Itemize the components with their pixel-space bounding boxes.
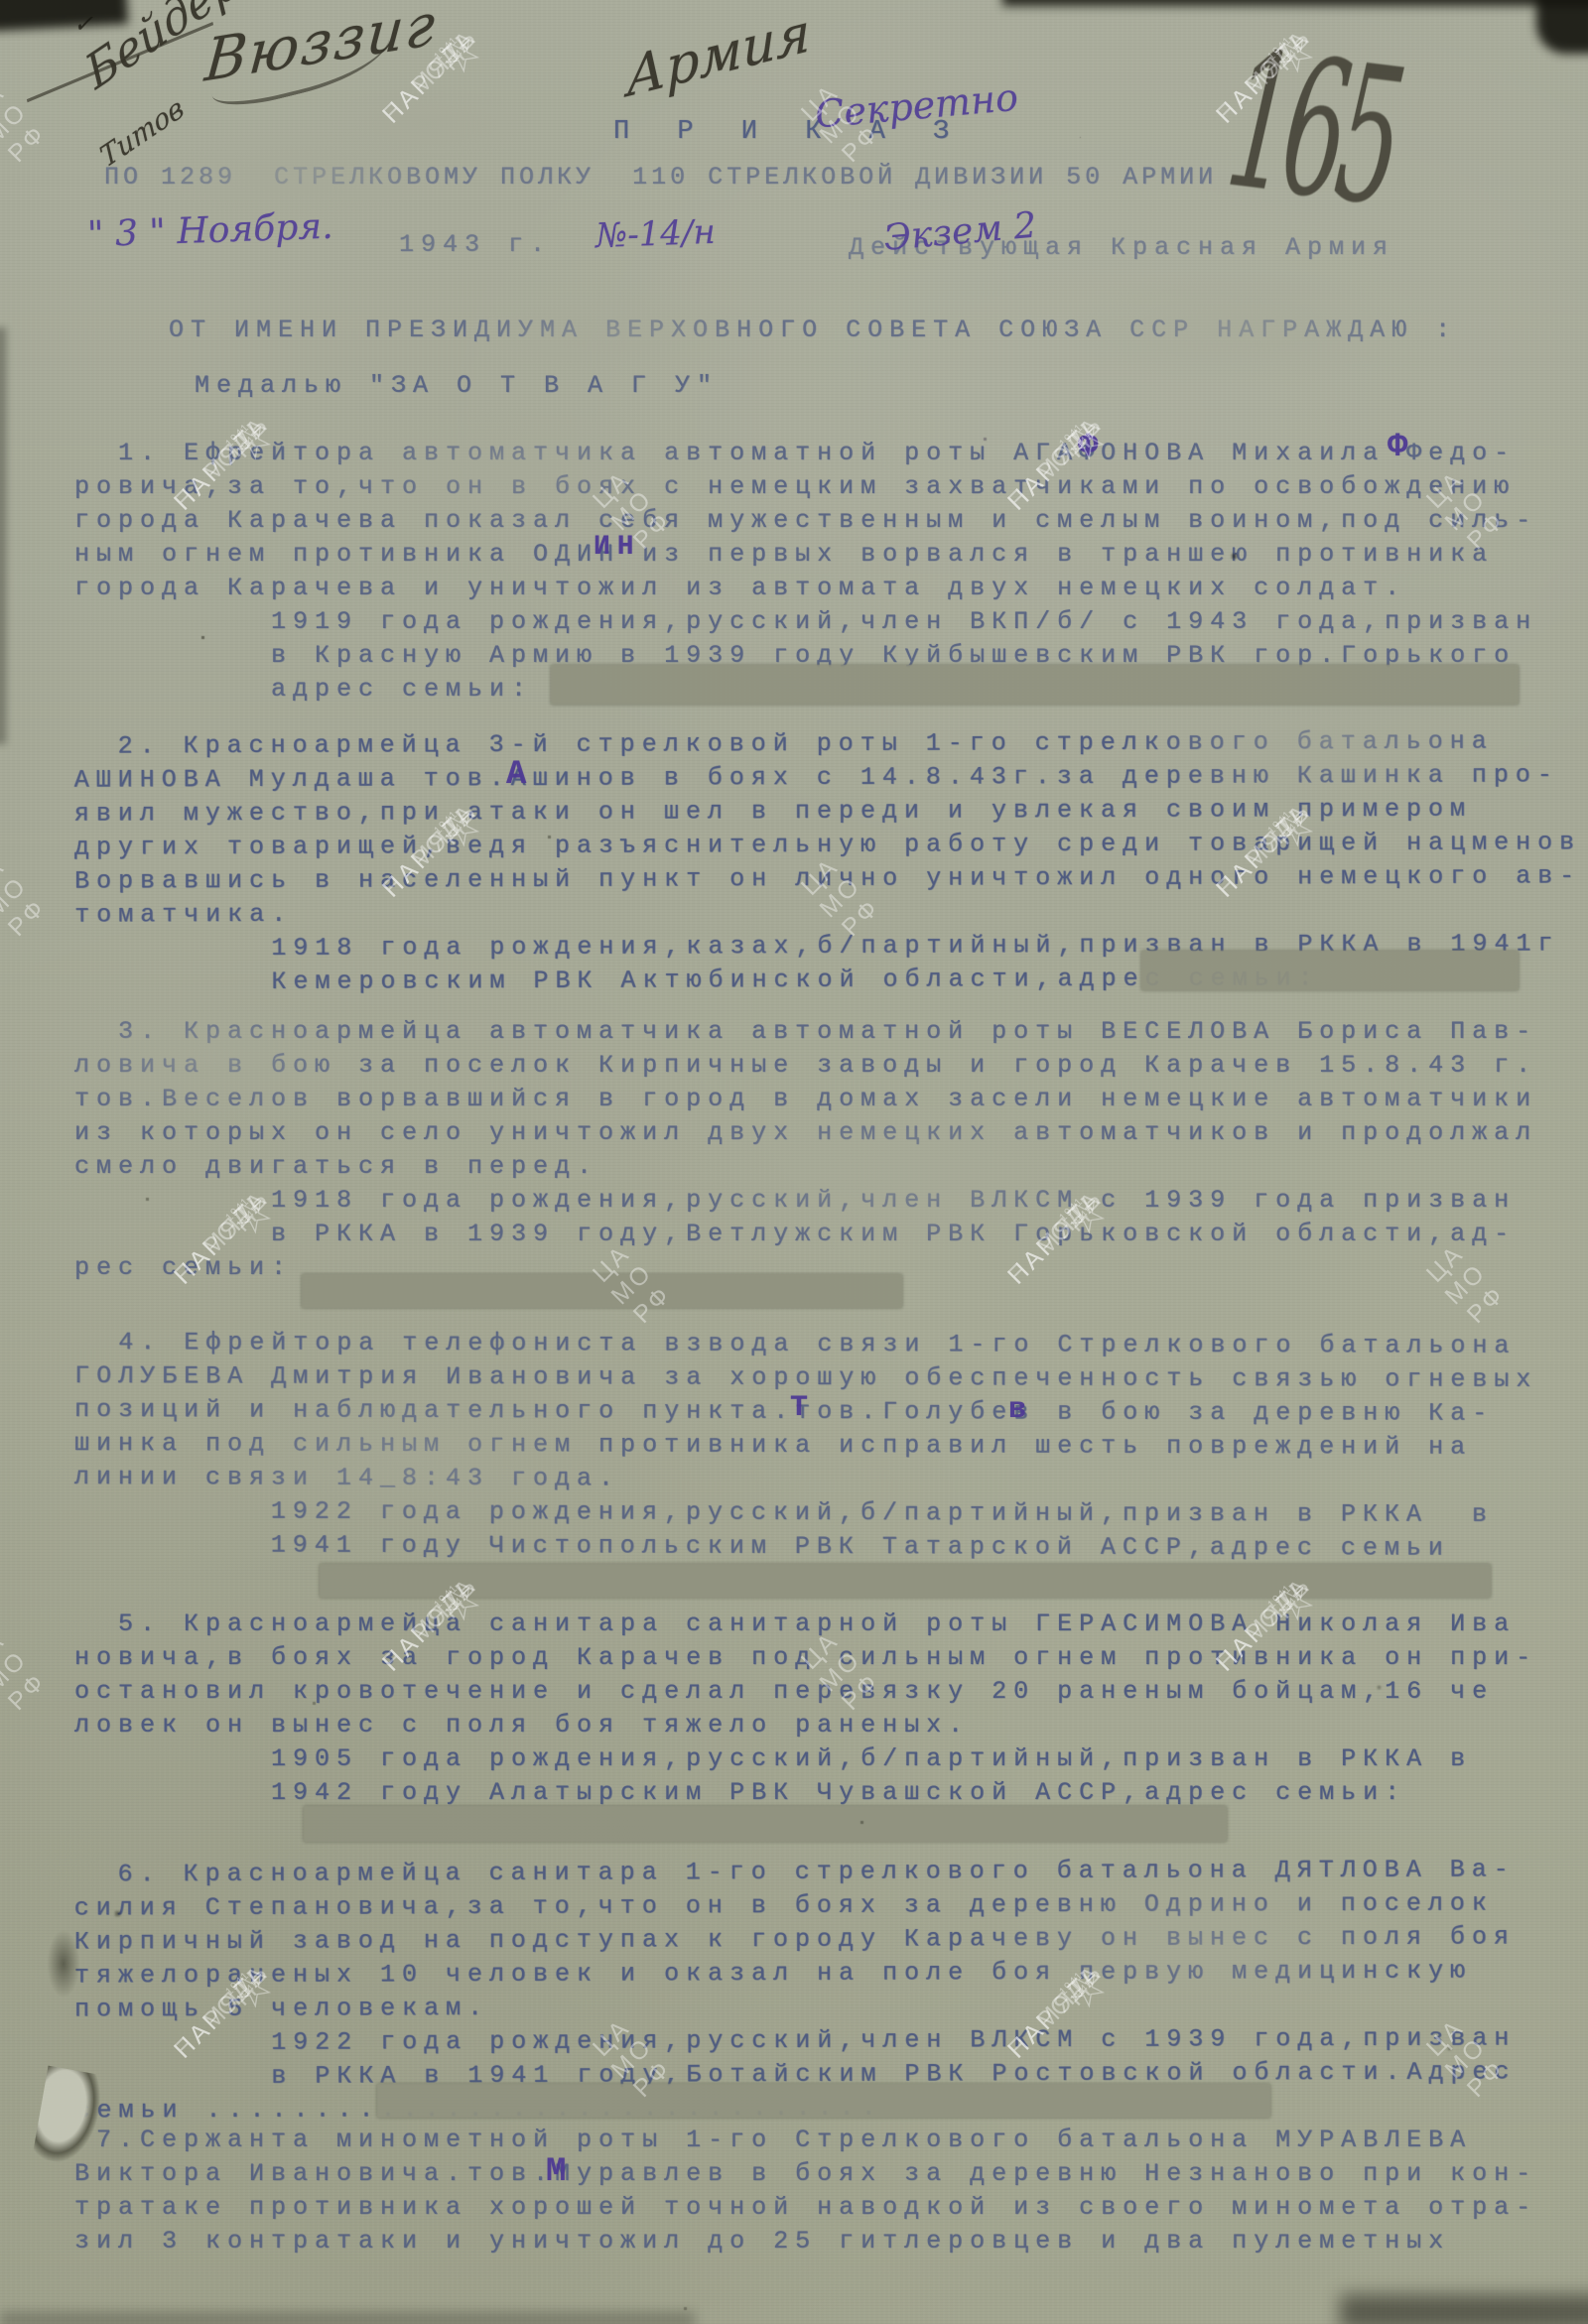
- order-year: 1943 г.: [399, 228, 552, 262]
- ink-correction-letter: в: [1008, 1393, 1033, 1427]
- ink-correction-letter: М: [546, 2153, 573, 2191]
- order-unit-line: ПО 1289 СТРЕЛКОВОМУ ПОЛКУ 110 СТРЕЛКОВОЙ…: [104, 161, 1217, 194]
- watermark-text: ЦА МО РФ: [0, 850, 54, 944]
- redaction-bar: [302, 1274, 902, 1308]
- medal-line: Медалью "ЗА О Т В А Г У": [195, 369, 719, 403]
- ink-correction-letter: А: [506, 756, 533, 794]
- scanned-order-page: П Р И К А З ПО 1289 СТРЕЛКОВОМУ ПОЛКУ 11…: [0, 0, 1588, 2324]
- ink-correction-letter: ИН: [594, 532, 641, 563]
- handwritten-order-number: №-14/н: [595, 212, 716, 256]
- paper-damage-spot: [46, 1927, 81, 2001]
- page-number-note: 165: [1220, 26, 1405, 233]
- scan-edge-bottom-right: [1340, 2294, 1588, 2324]
- watermark-years: 1941-1945: [432, 31, 472, 71]
- award-line: ОТ ИМЕНИ ПРЕЗИДИУМА ВЕРХОВНОГО СОВЕТА СО…: [169, 314, 1457, 347]
- secrecy-note: Секретно Экзем 2: [806, 0, 1031, 267]
- redaction-bar: [304, 1806, 1227, 1842]
- redaction-bar: [320, 1564, 1491, 1598]
- scan-edge-top: [1002, 0, 1588, 6]
- order-paragraph-5: 5. Красноармейца санитара санитарной рот…: [74, 1608, 1537, 1810]
- order-paragraph-7: 7.Сержанта минометной роты 1-го Стрелков…: [74, 2124, 1537, 2259]
- redaction-bar: [551, 665, 1519, 705]
- ink-correction-letter: Ф: [1078, 429, 1105, 466]
- redaction-bar: [1141, 951, 1519, 990]
- secrecy-line: Секретно: [814, 76, 1020, 137]
- scan-edge-bottom: [0, 2312, 695, 2324]
- order-paragraph-4: 4. Ефрейтора телефониста взвода связи 1-…: [74, 1326, 1538, 1566]
- pencil-signature-1-name2: Титов: [97, 94, 187, 171]
- pencil-signature-3: Армия: [625, 0, 811, 109]
- scan-edge-left: [0, 327, 6, 744]
- ink-correction-letter: Ф: [1388, 429, 1414, 466]
- star-icon: ☆: [432, 26, 489, 83]
- handwritten-date: " 3 " Ноября.: [86, 206, 333, 256]
- order-paragraph-3: 3. Красноармейца автоматчика автоматной …: [74, 1015, 1537, 1285]
- watermark-text: ЦА МО РФ: [0, 1624, 54, 1718]
- ink-correction-letter: Т: [790, 1391, 815, 1425]
- scan-edge-top-right: [1536, 0, 1588, 54]
- redaction-bar: [377, 2084, 1270, 2118]
